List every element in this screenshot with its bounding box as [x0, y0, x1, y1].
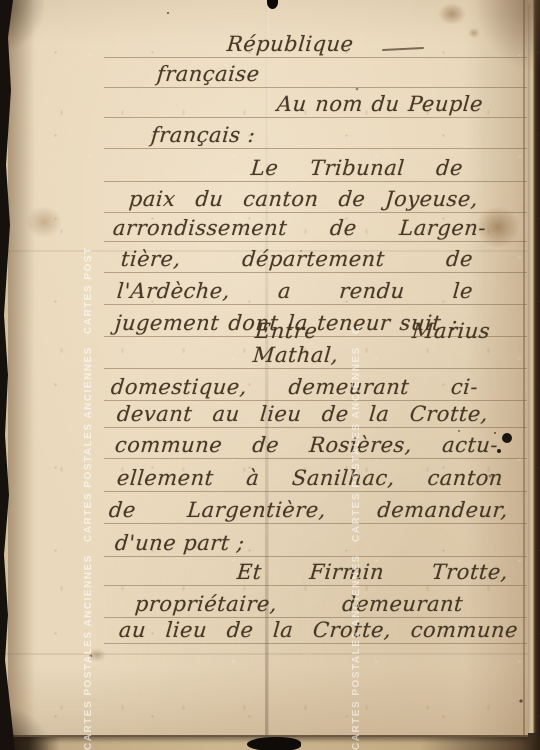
handwritten-text: Le Tribunal de [104, 156, 529, 180]
watermark-text: CARTES POSTALES ANCIENNES [351, 326, 365, 334]
watermark-text: CARTES POSTALES ANCIENNES [83, 346, 97, 542]
dark-blob-bottom-edge [247, 737, 301, 750]
manuscript-line: français : [104, 119, 527, 149]
handwritten-text: l'Ardèche, a rendu le [104, 279, 529, 303]
manuscript-line: Le Tribunal de [104, 152, 527, 182]
manuscript-line: Et Firmin Trotte, [104, 556, 527, 586]
watermark-text: CARTES POSTALES ANCIENNES [83, 248, 97, 334]
handwritten-text: commune de Rosières, actu- [104, 433, 529, 457]
handwritten-text: d'une part ; [104, 531, 529, 555]
manuscript-line: de Largentière, demandeur, [104, 494, 527, 524]
handwritten-text: devant au lieu de la Crotte, [104, 402, 529, 426]
watermark-strip-center: CARTES POSTALES ANCIENNES CARTES POSTALE… [351, 326, 365, 750]
handwritten-text: Entre Marius Mathal, [104, 319, 531, 367]
handwritten-text: au lieu de la Crotte, commune [104, 618, 529, 642]
handwritten-text: tière, département de [104, 247, 529, 271]
manuscript-line: République [104, 28, 527, 58]
manuscript-line: Entre Marius Mathal, [104, 339, 527, 369]
manuscript-line: domestique, demeurant ci- [104, 371, 527, 401]
handwritten-text: domestique, demeurant ci- [104, 375, 529, 399]
handwritten-text: française [104, 62, 529, 86]
handwritten-text: Au nom du Peuple [104, 92, 529, 116]
manuscript-line: commune de Rosières, actu- [104, 429, 527, 459]
watermark-strip-left: CARTES POSTALES ANCIENNES CARTES POSTALE… [83, 248, 97, 750]
handwritten-text: propriétaire, demeurant [104, 592, 529, 616]
handwritten-text: français : [104, 123, 529, 147]
watermark-text: CARTES POSTALES ANCIENNES [351, 346, 365, 542]
manuscript-line: au lieu de la Crotte, commune [104, 614, 527, 644]
handwritten-text: République [104, 32, 529, 56]
manuscript-line: tière, département de [104, 243, 527, 273]
handwritten-text: arrondissement de Largen- [104, 216, 529, 240]
manuscript-line: ellement à Sanilhac, canton [104, 462, 527, 492]
paper-speckles [167, 12, 169, 14]
manuscript-line: Au nom du Peuple [104, 88, 527, 118]
handwritten-text: de Largentière, demandeur, [104, 498, 529, 522]
manuscript-line: paix du canton de Joyeuse, [104, 183, 527, 213]
watermark-text: CARTES POSTALES ANCIENNES [83, 554, 97, 750]
scanned-document-photo: République française Au nom du Peuple fr… [0, 0, 540, 750]
manuscript-line: arrondissement de Largen- [104, 212, 527, 242]
handwritten-text: ellement à Sanilhac, canton [104, 466, 529, 490]
manuscript-line: d'une part ; [104, 527, 527, 557]
handwritten-text: paix du canton de Joyeuse, [104, 187, 529, 211]
manuscript-line: devant au lieu de la Crotte, [104, 398, 527, 428]
watermark-text: CARTES POSTALES ANCIENNES [351, 554, 365, 750]
left-edge-shading [8, 0, 34, 735]
manuscript-line: l'Ardèche, a rendu le [104, 275, 527, 305]
handwritten-text: Et Firmin Trotte, [104, 560, 529, 584]
manuscript-line: française [104, 58, 527, 88]
